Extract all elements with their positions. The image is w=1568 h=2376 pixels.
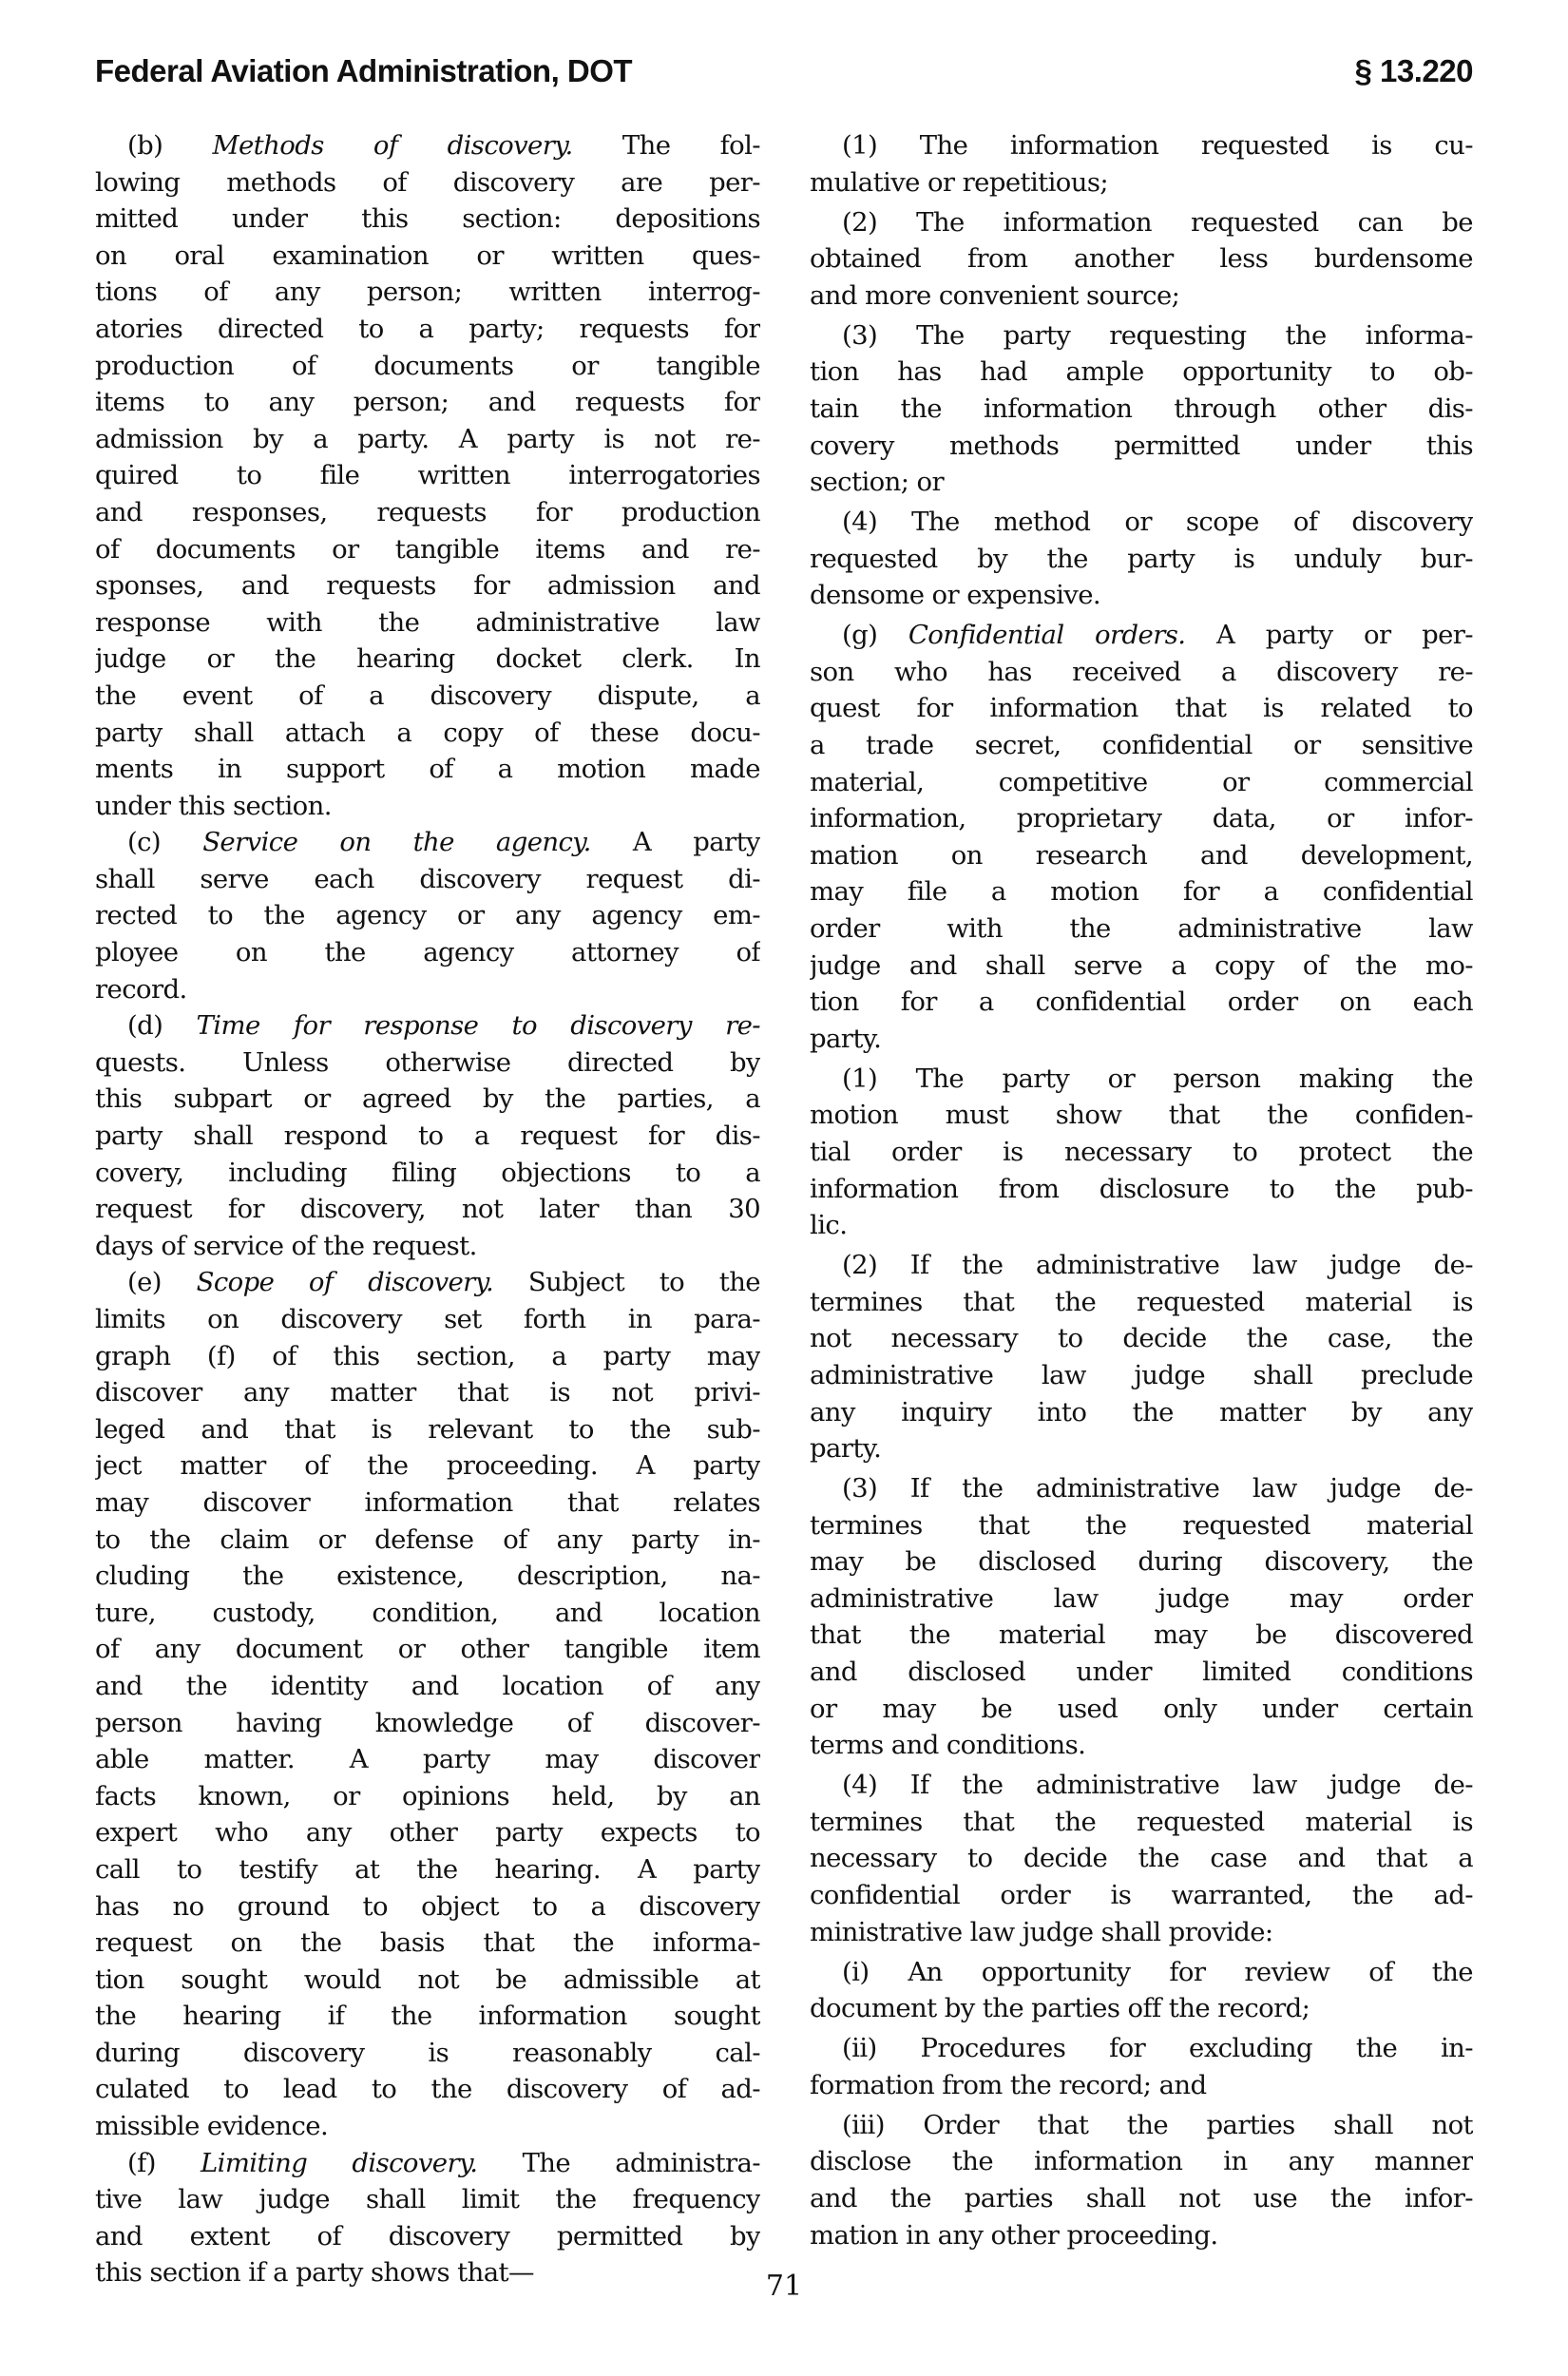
text-line: atories directed to a party; requests fo… <box>95 311 760 348</box>
text-line: person having knowledge of discover- <box>95 1705 760 1742</box>
text-line: quests. Unless otherwise directed by <box>95 1044 760 1082</box>
text-line: any inquiry into the matter by any <box>810 1394 1473 1431</box>
text-line: (ii) Procedures for excluding the in- <box>810 2030 1473 2067</box>
text-line: and responses, requests for production <box>95 494 760 531</box>
text-line: (c) Service on the agency. A party <box>95 824 760 861</box>
text-line: party shall respond to a request for dis… <box>95 1118 760 1155</box>
text-line: able matter. A party may discover <box>95 1741 760 1778</box>
paragraph-heading: Time for response to discovery re- <box>197 1010 760 1041</box>
text-line: administrative law judge may order <box>810 1581 1473 1618</box>
text-line: not necessary to decide the case, the <box>810 1320 1473 1357</box>
paragraph-label: (4) <box>842 1770 877 1800</box>
text-line: and the identity and location of any <box>95 1668 760 1705</box>
text-line: mitted under this section: depositions <box>95 201 760 238</box>
paragraph-1: (1) The party or person making themotion… <box>810 1061 1473 1244</box>
line-text: The party or person making the <box>916 1063 1473 1094</box>
text-line: to the claim or defense of any party in- <box>95 1522 760 1559</box>
text-line: facts known, or opinions held, by an <box>95 1778 760 1815</box>
paragraph-label: (ii) <box>842 2033 877 2063</box>
paragraph-label: (b) <box>127 130 163 161</box>
paragraph-heading: Confidential orders. <box>908 620 1186 650</box>
text-line: material, competitive or commercial <box>810 764 1473 801</box>
text-line: has no ground to object to a discovery <box>95 1888 760 1926</box>
line-text: The information requested can be <box>916 207 1473 238</box>
text-line: ministrative law judge shall provide: <box>810 1914 1473 1951</box>
text-line: quired to file written interrogatories <box>95 457 760 494</box>
paragraph-label: (f) <box>127 2148 156 2178</box>
text-line: on oral examination or written ques- <box>95 238 760 275</box>
text-line: document by the parties off the record; <box>810 1990 1473 2027</box>
text-line: judge or the hearing docket clerk. In <box>95 641 760 678</box>
paragraph-heading: Methods of discovery. <box>212 130 572 161</box>
text-line: tive law judge shall limit the frequency <box>95 2181 760 2218</box>
text-line: request for discovery, not later than 30 <box>95 1191 760 1228</box>
line-text: Order that the parties shall not <box>923 2110 1473 2140</box>
paragraph-i: (i) An opportunity for review of thedocu… <box>810 1954 1473 2027</box>
paragraph-heading: Limiting discovery. <box>201 2148 477 2178</box>
text-line: section; or <box>810 464 1473 501</box>
text-line: (e) Scope of discovery. Subject to the <box>95 1264 760 1301</box>
text-line: son who has received a discovery re- <box>810 654 1473 691</box>
text-line: production of documents or tangible <box>95 348 760 385</box>
text-line: confidential order is warranted, the ad- <box>810 1877 1473 1914</box>
text-line: (b) Methods of discovery. The fol- <box>95 127 760 164</box>
text-line: during discovery is reasonably cal- <box>95 2035 760 2072</box>
text-line: mation in any other proceeding. <box>810 2217 1473 2254</box>
text-line: tions of any person; written interrog- <box>95 274 760 311</box>
paragraph-label: (3) <box>842 320 877 351</box>
text-line: items to any person; and requests for <box>95 384 760 421</box>
paragraph-heading: Service on the agency. <box>202 827 591 857</box>
text-line: discover any matter that is not privi- <box>95 1374 760 1411</box>
text-line: terms and conditions. <box>810 1727 1473 1764</box>
text-line: and disclosed under limited conditions <box>810 1654 1473 1691</box>
text-line: judge and shall serve a copy of the mo- <box>810 948 1473 985</box>
section-number: § 13.220 <box>1355 53 1473 89</box>
paragraph-label: (4) <box>842 507 877 537</box>
text-line: tion has had ample opportunity to ob- <box>810 354 1473 391</box>
text-line: tial order is necessary to protect the <box>810 1134 1473 1171</box>
text-line: quest for information that is related to <box>810 690 1473 727</box>
text-line: or may be used only under certain <box>810 1691 1473 1728</box>
paragraph-2: (2) The information requested can beobta… <box>810 204 1473 315</box>
text-line: may file a motion for a confidential <box>810 873 1473 910</box>
paragraph-heading: Scope of discovery. <box>197 1267 494 1297</box>
running-header: Federal Aviation Administration, DOT § 1… <box>95 53 1473 95</box>
text-line: obtained from another less burdensome <box>810 240 1473 278</box>
text-line: response with the administrative law <box>95 604 760 642</box>
text-line: of documents or tangible items and re- <box>95 531 760 568</box>
page-number: 71 <box>0 2270 1568 2303</box>
text-line: may be disclosed during discovery, the <box>810 1543 1473 1581</box>
text-line: administrative law judge shall preclude <box>810 1357 1473 1394</box>
text-line: (g) Confidential orders. A party or per- <box>810 617 1473 654</box>
text-line: the hearing if the information sought <box>95 1998 760 2035</box>
text-line: disclose the information in any manner <box>810 2143 1473 2180</box>
line-text: The party requesting the informa- <box>916 320 1473 351</box>
paragraph-1: (1) The information requested is cu-mula… <box>810 127 1473 201</box>
text-line: culated to lead to the discovery of ad- <box>95 2071 760 2108</box>
text-line: (3) If the administrative law judge de- <box>810 1470 1473 1507</box>
paragraph-label: (2) <box>842 1250 877 1280</box>
text-line: rected to the agency or any agency em- <box>95 897 760 934</box>
text-line: tain the information through other dis- <box>810 391 1473 428</box>
paragraph-4: (4) The method or scope of discoveryrequ… <box>810 504 1473 614</box>
left-column: (b) Methods of discovery. The fol-lowing… <box>95 127 760 2291</box>
paragraph-b: (b) Methods of discovery. The fol-lowing… <box>95 127 760 824</box>
text-line: and more convenient source; <box>810 278 1473 315</box>
text-line: (4) If the administrative law judge de- <box>810 1767 1473 1804</box>
text-line: motion must show that the confiden- <box>810 1097 1473 1134</box>
text-line: under this section. <box>95 788 760 825</box>
text-line: leged and that is relevant to the sub- <box>95 1411 760 1448</box>
text-line: covery methods permitted under this <box>810 428 1473 465</box>
paragraph-label: (d) <box>127 1010 163 1041</box>
text-line: necessary to decide the case and that a <box>810 1840 1473 1877</box>
text-line: the event of a discovery dispute, a <box>95 678 760 715</box>
text-line: ture, custody, condition, and location <box>95 1595 760 1632</box>
paragraph-label: (1) <box>842 130 877 161</box>
text-line: order with the administrative law <box>810 910 1473 948</box>
text-line: this subpart or agreed by the parties, a <box>95 1081 760 1118</box>
text-line: (i) An opportunity for review of the <box>810 1954 1473 1991</box>
text-line: lic. <box>810 1207 1473 1244</box>
paragraph-label: (2) <box>842 207 877 238</box>
text-line: sponses, and requests for admission and <box>95 567 760 604</box>
text-line: mulative or repetitious; <box>810 164 1473 201</box>
text-line: party. <box>810 1021 1473 1058</box>
text-line: ject matter of the proceeding. A party <box>95 1447 760 1485</box>
text-line: admission by a party. A party is not re- <box>95 421 760 458</box>
text-line: cluding the existence, description, na- <box>95 1558 760 1595</box>
paragraph-label: (e) <box>127 1267 162 1297</box>
text-line: and extent of discovery permitted by <box>95 2218 760 2255</box>
text-line: (iii) Order that the parties shall not <box>810 2107 1473 2144</box>
text-line: (2) If the administrative law judge de- <box>810 1247 1473 1284</box>
text-line: covery, including filing objections to a <box>95 1155 760 1192</box>
text-line: and the parties shall not use the infor- <box>810 2180 1473 2217</box>
text-line: ployee on the agency attorney of <box>95 934 760 971</box>
text-line: information from disclosure to the pub- <box>810 1171 1473 1208</box>
paragraph-4: (4) If the administrative law judge de-t… <box>810 1767 1473 1950</box>
text-line: (1) The party or person making the <box>810 1061 1473 1098</box>
text-line: mation on research and development, <box>810 837 1473 874</box>
line-text: The fol- <box>622 130 760 161</box>
text-line: termines that the requested material is <box>810 1804 1473 1841</box>
text-line: of any document or other tangible item <box>95 1631 760 1668</box>
text-line: (4) The method or scope of discovery <box>810 504 1473 541</box>
line-text: An opportunity for review of the <box>908 1957 1473 1987</box>
text-line: limits on discovery set forth in para- <box>95 1301 760 1338</box>
text-line: may discover information that relates <box>95 1485 760 1522</box>
text-line: request on the basis that the informa- <box>95 1925 760 1962</box>
text-line: graph (f) of this section, a party may <box>95 1338 760 1375</box>
text-line: that the material may be discovered <box>810 1617 1473 1654</box>
paragraph-ii: (ii) Procedures for excluding the in-for… <box>810 2030 1473 2103</box>
paragraph-label: (3) <box>842 1473 877 1504</box>
text-line: (2) The information requested can be <box>810 204 1473 241</box>
paragraph-label: (i) <box>842 1957 869 1987</box>
line-text: The information requested is cu- <box>920 130 1473 161</box>
line-text: The method or scope of discovery <box>911 507 1473 537</box>
line-text: A party or per- <box>1216 620 1473 650</box>
paragraph-3: (3) The party requesting the informa-tio… <box>810 317 1473 501</box>
paragraph-label: (g) <box>842 620 877 650</box>
line-text: If the administrative law judge de- <box>910 1770 1473 1800</box>
paragraph-g: (g) Confidential orders. A party or per-… <box>810 617 1473 1057</box>
text-line: a trade secret, confidential or sensitiv… <box>810 727 1473 764</box>
text-line: tion sought would not be admissible at <box>95 1962 760 1999</box>
paragraph-3: (3) If the administrative law judge de-t… <box>810 1470 1473 1764</box>
line-text: The administra- <box>523 2148 760 2178</box>
paragraph-label: (iii) <box>842 2110 885 2140</box>
paragraph-2: (2) If the administrative law judge de-t… <box>810 1247 1473 1467</box>
text-line: (3) The party requesting the informa- <box>810 317 1473 354</box>
text-line: densome or expensive. <box>810 577 1473 614</box>
line-text: Procedures for excluding the in- <box>921 2033 1473 2063</box>
line-text: If the administrative law judge de- <box>910 1250 1473 1280</box>
text-line: information, proprietary data, or infor- <box>810 800 1473 837</box>
text-line: termines that the requested material <box>810 1507 1473 1544</box>
text-line: call to testify at the hearing. A party <box>95 1851 760 1888</box>
text-line: lowing methods of discovery are per- <box>95 164 760 201</box>
text-line: (f) Limiting discovery. The administra- <box>95 2145 760 2182</box>
paragraph-c: (c) Service on the agency. A partyshall … <box>95 824 760 1007</box>
text-line: days of service of the request. <box>95 1228 760 1265</box>
text-line: expert who any other party expects to <box>95 1814 760 1851</box>
text-line: formation from the record; and <box>810 2067 1473 2104</box>
paragraph-d: (d) Time for response to discovery re-qu… <box>95 1007 760 1264</box>
text-line: ments in support of a motion made <box>95 751 760 788</box>
paragraph-label: (c) <box>127 827 161 857</box>
paragraph-label: (1) <box>842 1063 877 1094</box>
text-line: (d) Time for response to discovery re- <box>95 1007 760 1044</box>
text-line: (1) The information requested is cu- <box>810 127 1473 164</box>
text-line: termines that the requested material is <box>810 1284 1473 1321</box>
text-line: party shall attach a copy of these docu- <box>95 715 760 752</box>
paragraph-e: (e) Scope of discovery. Subject to theli… <box>95 1264 760 2144</box>
text-line: record. <box>95 971 760 1008</box>
text-line: party. <box>810 1430 1473 1467</box>
text-line: missible evidence. <box>95 2108 760 2145</box>
line-text: A party <box>633 827 760 857</box>
text-line: tion for a confidential order on each <box>810 984 1473 1021</box>
line-text: Subject to the <box>528 1267 760 1297</box>
paragraph-iii: (iii) Order that the parties shall notdi… <box>810 2107 1473 2253</box>
line-text: If the administrative law judge de- <box>910 1473 1473 1504</box>
agency-title: Federal Aviation Administration, DOT <box>95 53 632 89</box>
text-line: requested by the party is unduly bur- <box>810 541 1473 578</box>
text-line: shall serve each discovery request di- <box>95 861 760 898</box>
right-column: (1) The information requested is cu-mula… <box>810 127 1473 2257</box>
